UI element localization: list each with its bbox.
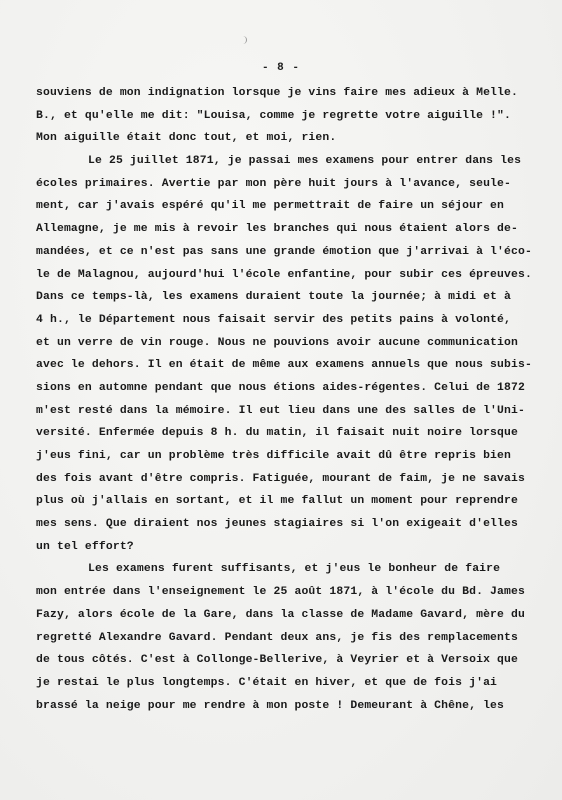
text-line: souviens de mon indignation lorsque je v… [36,82,536,105]
text-line: le de Malagnou, aujourd'hui l'école enfa… [36,264,536,287]
text-line: et un verre de vin rouge. Nous ne pouvio… [36,332,536,355]
text-line: B., et qu'elle me dit: "Louisa, comme je… [36,105,536,128]
text-line: j'eus fini, car un problème très diffici… [36,445,536,468]
document-page: - 8 - souviens de mon indignation lorsqu… [0,0,562,800]
text-line: je restai le plus longtemps. C'était en … [36,672,536,695]
text-line: écoles primaires. Avertie par mon père h… [36,173,536,196]
text-line: Allemagne, je me mis à revoir les branch… [36,218,536,241]
text-line: regretté Alexandre Gavard. Pendant deux … [36,627,536,650]
text-line: Fazy, alors école de la Gare, dans la cl… [36,604,536,627]
text-line: Dans ce temps-là, les examens duraient t… [36,286,536,309]
text-line: Mon aiguille était donc tout, et moi, ri… [36,127,536,150]
body-text: souviens de mon indignation lorsque je v… [36,82,536,717]
text-line: mandées, et ce n'est pas sans une grande… [36,241,536,264]
text-line: Le 25 juillet 1871, je passai mes examen… [36,150,536,173]
text-line: mes sens. Que diraient nos jeunes stagia… [36,513,536,536]
text-line: mon entrée dans l'enseignement le 25 aoû… [36,581,536,604]
text-line: Les examens furent suffisants, et j'eus … [36,558,536,581]
paper-mark [243,36,247,44]
text-line: versité. Enfermée depuis 8 h. du matin, … [36,422,536,445]
page-number: - 8 - [0,62,562,74]
text-line: un tel effort? [36,536,536,559]
text-line: plus où j'allais en sortant, et il me fa… [36,490,536,513]
text-line: 4 h., le Département nous faisait servir… [36,309,536,332]
text-line: avec le dehors. Il en était de même aux … [36,354,536,377]
text-line: sions en automne pendant que nous étions… [36,377,536,400]
text-line: brassé la neige pour me rendre à mon pos… [36,695,536,718]
text-line: de tous côtés. C'est à Collonge-Belleriv… [36,649,536,672]
text-line: ment, car j'avais espéré qu'il me permet… [36,195,536,218]
text-line: m'est resté dans la mémoire. Il eut lieu… [36,400,536,423]
text-line: des fois avant d'être compris. Fatiguée,… [36,468,536,491]
